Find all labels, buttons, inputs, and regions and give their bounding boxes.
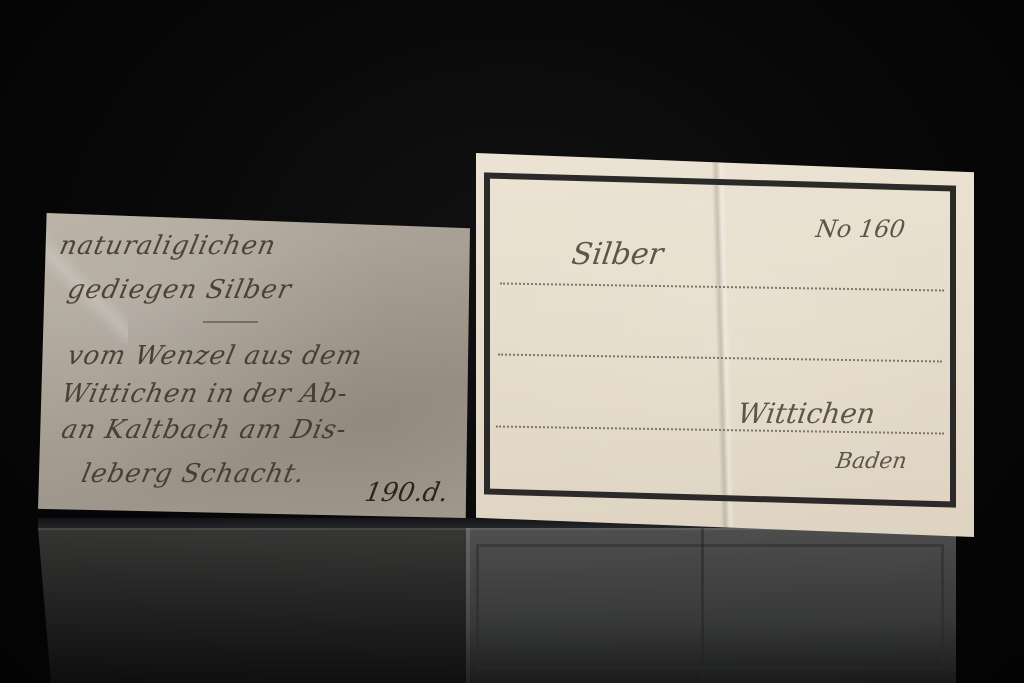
handwritten-line: leberg Schacht. [79,459,308,489]
locality: Wittichen [736,397,878,430]
separator-stroke [203,321,258,323]
reflection-fold [701,528,704,683]
reflection-frame [476,544,944,669]
catalog-number: No 160 [814,215,907,243]
right-label-reflection [466,528,956,683]
handwritten-label: naturaliglichen gediegen Silber vom Wenz… [38,213,470,518]
photo-scene: naturaliglichen gediegen Silber vom Wenz… [0,0,1024,683]
left-label-reflection [38,528,470,683]
handwritten-line: an Kaltbach am Dis- [59,415,350,445]
handwritten-line: vom Wenzel aus dem [65,341,366,371]
printed-label: No 160 Silber Wittichen Baden [476,153,974,537]
handwritten-line: Wittichen in der Ab- [59,379,351,409]
region: Baden [834,449,908,474]
mineral-name: Silber [570,237,666,272]
specimen-number: 190.d. [363,478,451,508]
handwritten-line: gediegen Silber [65,275,295,305]
handwritten-line: naturaliglichen [57,231,279,261]
